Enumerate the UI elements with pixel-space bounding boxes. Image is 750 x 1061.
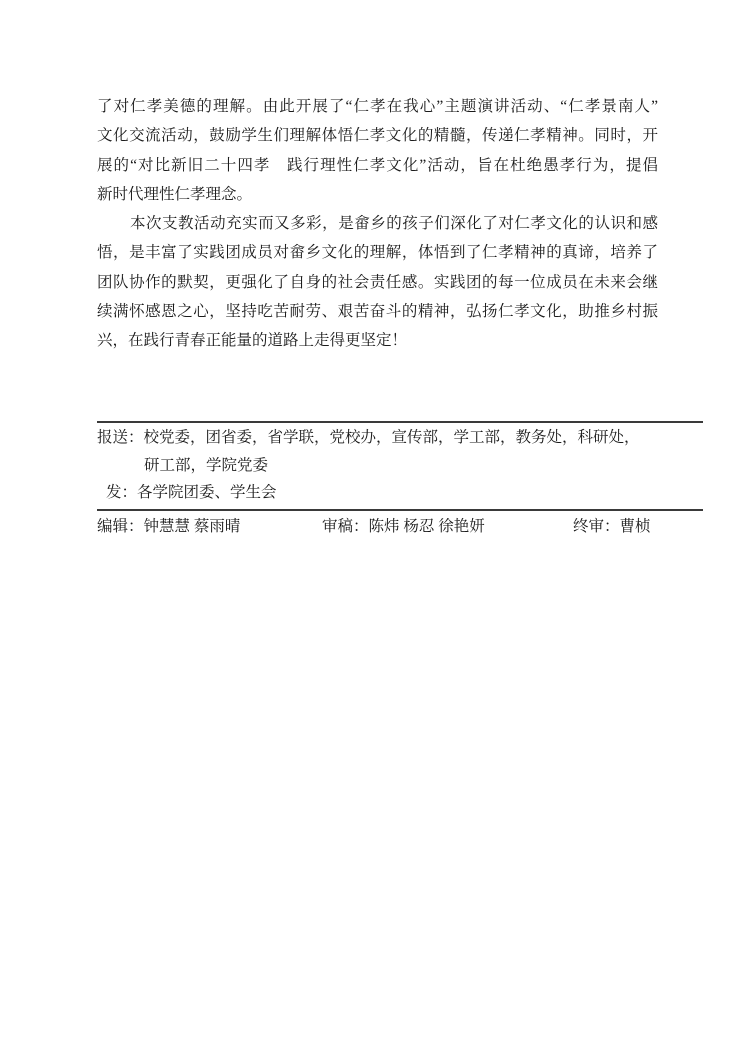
body-line: 新时代理性仁孝理念。	[97, 180, 658, 209]
body-line: 展的“对比新旧二十四孝 践行理性仁孝文化”活动，旨在杜绝愚孝行为，提倡	[97, 151, 658, 180]
issue-to-label: 发：	[106, 484, 137, 501]
report-to-continuation: 研工部，学院党委	[97, 455, 268, 477]
paragraph-2: 本次支教活动充实而又多彩，是畲乡的孩子们深化了对仁孝文化的认识和感 悟，是丰富了…	[97, 209, 658, 355]
credits-row: 编辑：钟慧慧 蔡雨晴 审稿：陈炜 杨忍 徐艳妍 终审：曹桢	[97, 516, 703, 538]
footer-divider-top	[97, 421, 703, 423]
footer-divider-bottom	[97, 509, 703, 511]
body-line: 兴，在践行青春正能量的道路上走得更坚定！	[97, 326, 658, 355]
body-line: 续满怀感恩之心，坚持吃苦耐劳、艰苦奋斗的精神，弘扬仁孝文化，助推乡村振	[97, 297, 658, 326]
reviewer-credit: 审稿：陈炜 杨忍 徐艳妍	[322, 516, 485, 538]
report-to-row: 报送：校党委，团省委，省学联，党校办，宣传部，学工部，教务处，科研处，	[97, 427, 640, 449]
document-body: 了对仁孝美德的理解。由此开展了“仁孝在我心”主题演讲活动、“仁孝景南人” 文化交…	[97, 92, 658, 356]
issue-to-row: 发：各学院团委、学生会	[97, 482, 277, 504]
final-reviewer-credit: 终审：曹桢	[573, 516, 651, 538]
document-page: 了对仁孝美德的理解。由此开展了“仁孝在我心”主题演讲活动、“仁孝景南人” 文化交…	[0, 0, 750, 1061]
editor-credit: 编辑：钟慧慧 蔡雨晴	[97, 516, 240, 538]
body-line: 悟，是丰富了实践团成员对畲乡文化的理解，体悟到了仁孝精神的真谛，培养了	[97, 238, 658, 267]
report-to-list: 校党委，团省委，省学联，党校办，宣传部，学工部，教务处，科研处，	[144, 429, 640, 446]
body-line: 了对仁孝美德的理解。由此开展了“仁孝在我心”主题演讲活动、“仁孝景南人”	[97, 92, 658, 121]
body-line: 团队协作的默契，更强化了自身的社会责任感。实践团的每一位成员在未来会继	[97, 268, 658, 297]
body-line: 文化交流活动，鼓励学生们理解体悟仁孝文化的精髓，传递仁孝精神。同时，开	[97, 121, 658, 150]
issue-to-list: 各学院团委、学生会	[137, 484, 277, 501]
body-line: 本次支教活动充实而又多彩，是畲乡的孩子们深化了对仁孝文化的认识和感	[97, 209, 658, 238]
report-to-label: 报送：	[97, 429, 144, 446]
paragraph-1: 了对仁孝美德的理解。由此开展了“仁孝在我心”主题演讲活动、“仁孝景南人” 文化交…	[97, 92, 658, 209]
